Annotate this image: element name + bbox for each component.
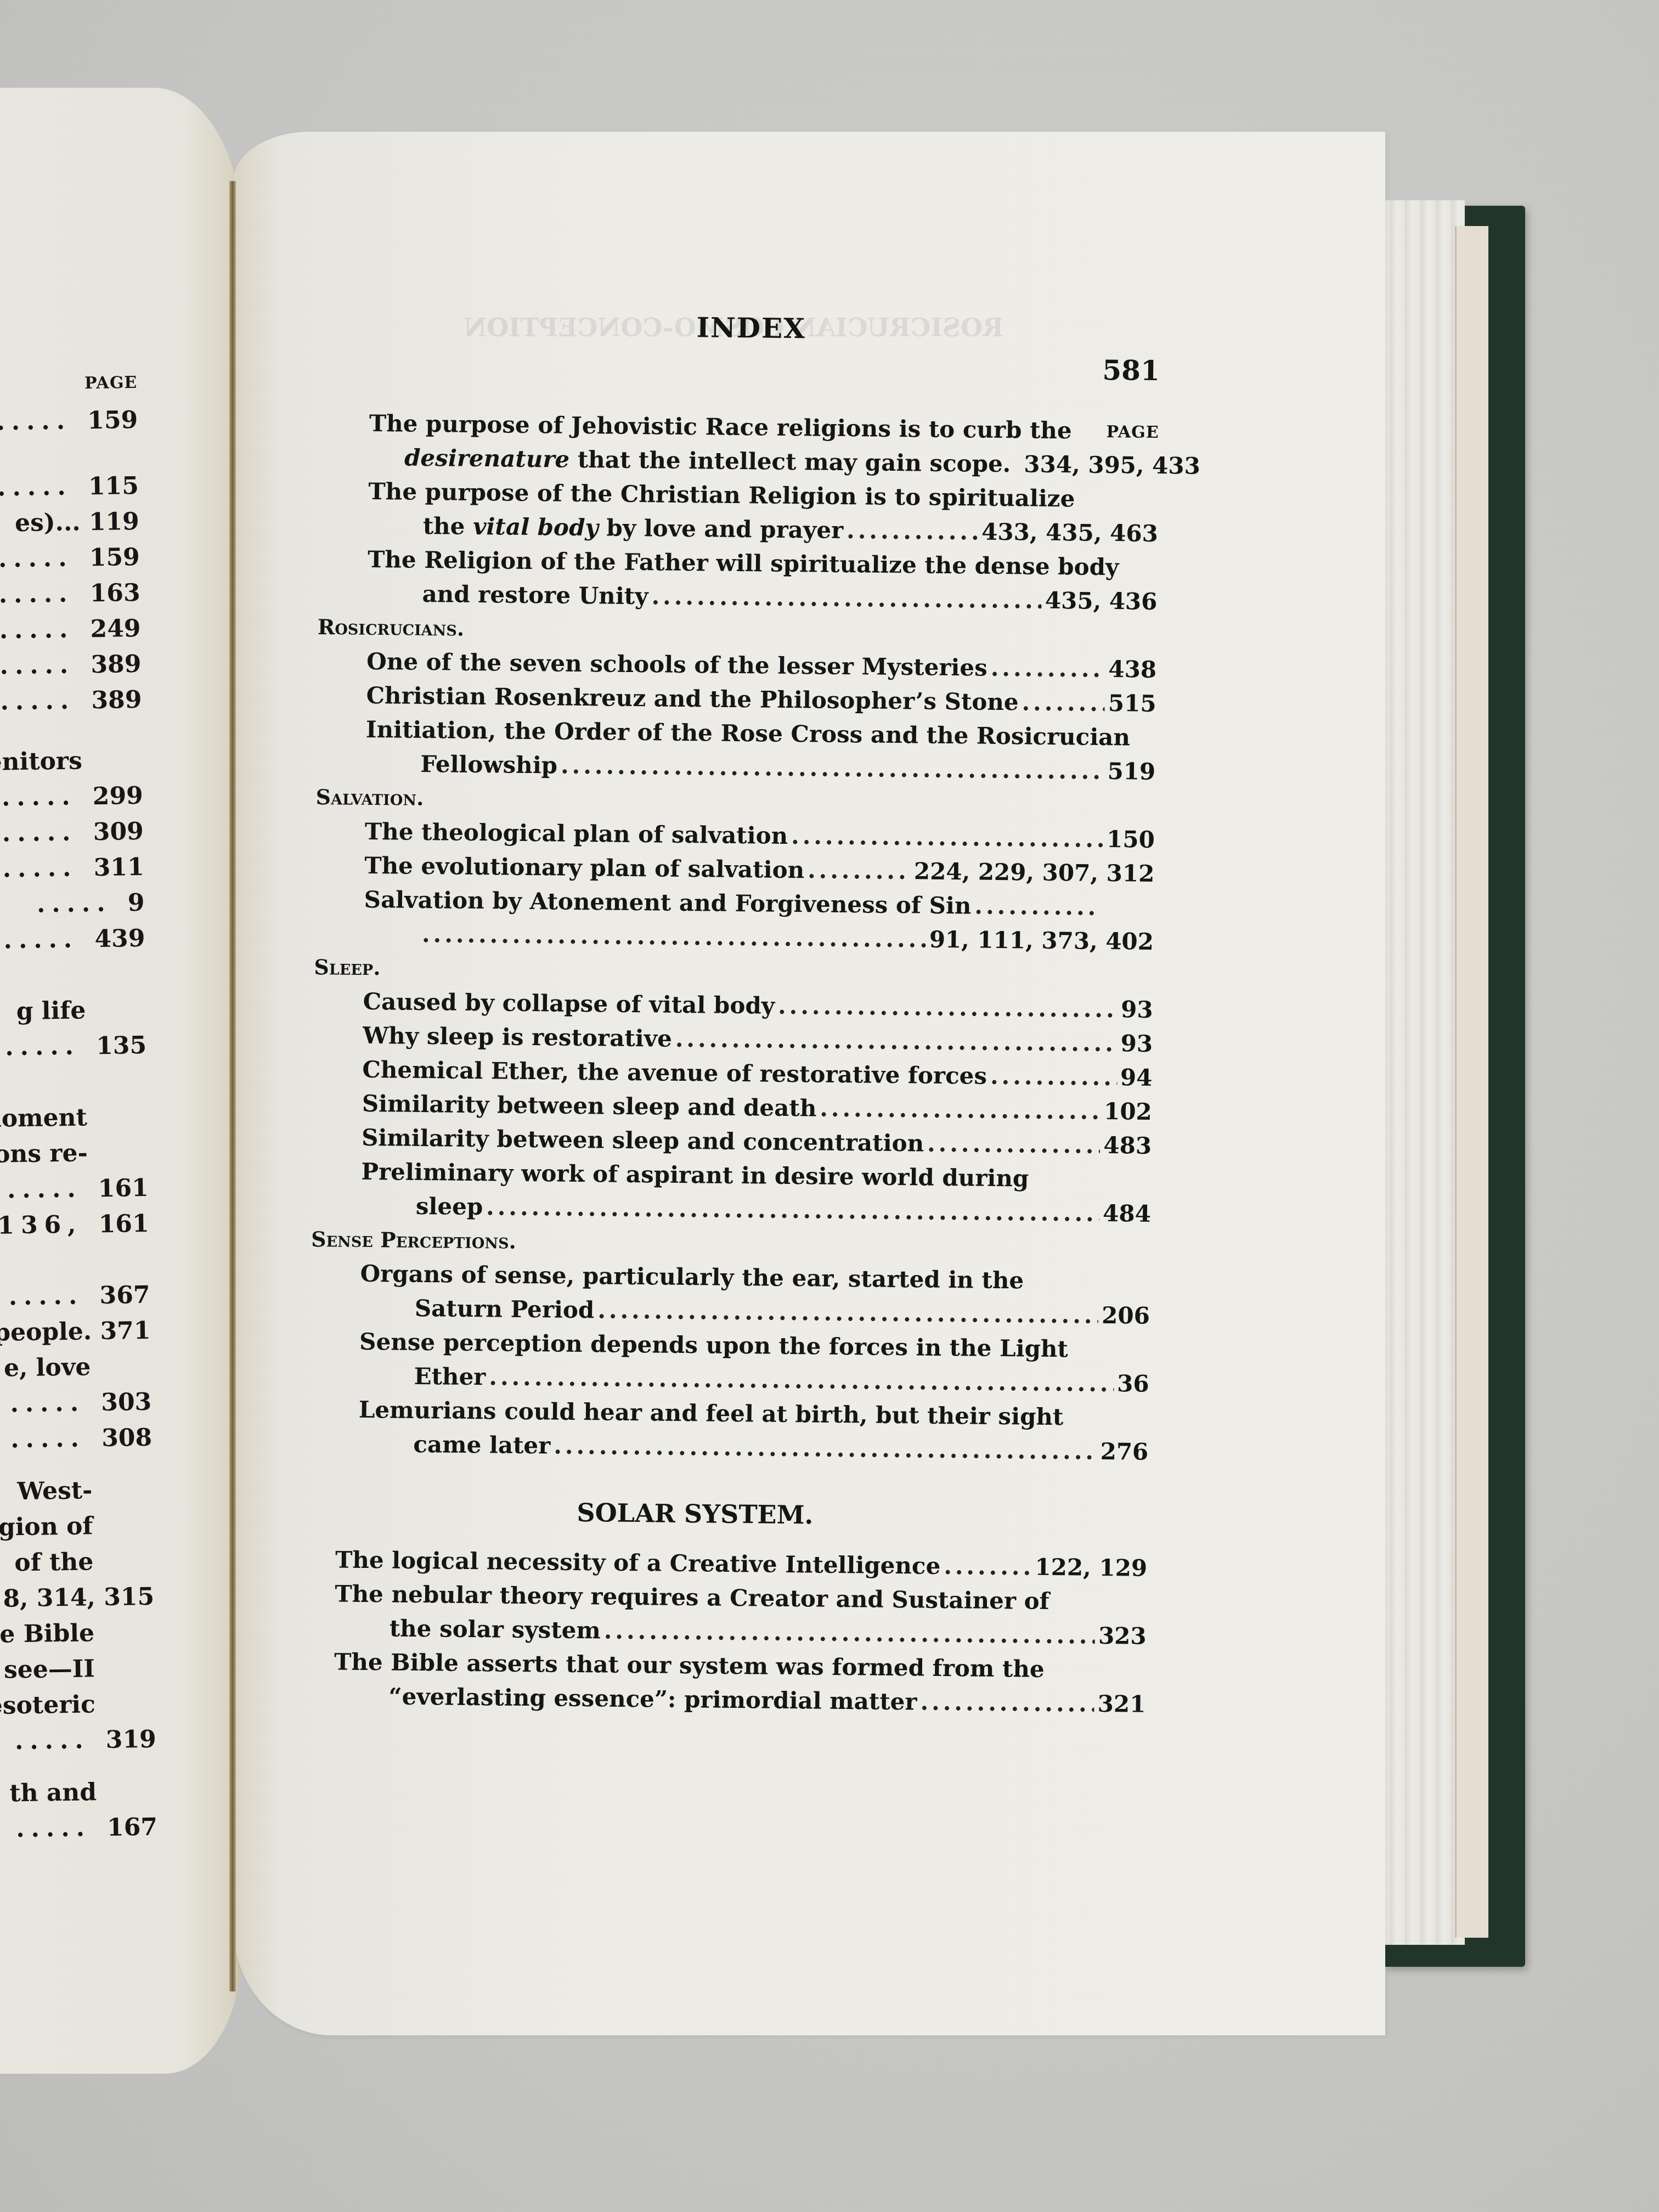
fragment-pages: 319 xyxy=(106,1725,157,1754)
left-index-fragment: e, love xyxy=(4,1353,91,1382)
fragment-text: ..136, xyxy=(0,1211,83,1240)
left-index-fragment: ..... 159 xyxy=(0,543,140,573)
left-index-fragment: ..... 9 xyxy=(37,889,145,918)
leader-dots: ........................................… xyxy=(920,1685,1094,1721)
fragment-text: see—II xyxy=(4,1655,95,1684)
fragment-pages: 119 xyxy=(89,507,140,536)
fragment-text: es)... xyxy=(15,508,81,537)
index-entry: Lemurians could hear and feel at birth, … xyxy=(309,1392,1149,1469)
left-index-fragment: ..... 319 xyxy=(15,1725,156,1756)
leader-dots: ........................................… xyxy=(944,1549,1032,1584)
index-entry: Salvation by Atonement and Forgiveness o… xyxy=(314,882,1154,959)
fragment-pages: 161 xyxy=(98,1174,149,1203)
entry-pages: 435, 436 xyxy=(1045,584,1158,619)
entry-pages: 206 xyxy=(1102,1299,1150,1333)
fragment-pages: 299 xyxy=(93,782,144,810)
left-index-fragment: noment xyxy=(0,1103,87,1133)
left-index-fragment: ..... 299 xyxy=(2,782,143,812)
entry-pages: 36 xyxy=(1117,1367,1149,1401)
fragment-text: e, love xyxy=(4,1353,91,1382)
fragment-text: ..... xyxy=(0,687,75,716)
fragment-pages: 303 xyxy=(101,1388,152,1417)
fragment-text: g life xyxy=(16,996,86,1025)
fragment-text: ons re- xyxy=(0,1139,88,1168)
entry-text: desirenature that the intellect may gain… xyxy=(404,441,1011,482)
entry-text: Similarity between sleep and death xyxy=(362,1087,816,1126)
fragment-text: ..... xyxy=(2,783,77,812)
entry-text: The evolutionary plan of salvation xyxy=(364,849,804,887)
fragment-pages: 367 xyxy=(99,1281,150,1310)
fragment-text: ..... xyxy=(10,1425,86,1454)
left-index-fragment: ..... 161 xyxy=(7,1174,149,1204)
index-entries: The purpose of Jehovistic Race religions… xyxy=(306,406,1159,1722)
leader-dots: ........................................… xyxy=(791,819,1104,856)
entry-pages: 93 xyxy=(1120,1026,1153,1061)
entry-pages: 122, 129 xyxy=(1035,1550,1147,1585)
index-entry: The purpose of Jehovistic Race religions… xyxy=(319,406,1159,483)
leader-dots: ........................................… xyxy=(597,1293,1099,1333)
page-column-label: PAGE xyxy=(84,373,138,393)
fragment-pages: 161 xyxy=(98,1210,149,1238)
leader-dots: ........................................… xyxy=(561,749,1104,788)
entry-text: sleep xyxy=(416,1189,483,1224)
left-index-fragment: ons re- xyxy=(0,1139,88,1168)
fragment-text: ..... xyxy=(3,926,78,955)
entry-text: and restore Unity xyxy=(422,577,648,613)
entry-text: Similarity between sleep and concentrati… xyxy=(362,1121,924,1161)
entry-text: Why sleep is restorative xyxy=(363,1019,672,1056)
index-entry: Preliminary work of aspirant in desire w… xyxy=(312,1154,1152,1231)
fragment-text: gion of xyxy=(0,1512,93,1541)
left-index-fragment: e Bible xyxy=(0,1619,94,1648)
fragment-pages: 439 xyxy=(94,924,145,953)
entry-text: came later xyxy=(413,1427,551,1463)
left-index-fragment: ..... 167 xyxy=(16,1813,157,1843)
italic-term: vital body xyxy=(473,513,599,541)
fragment-text: ..... xyxy=(2,819,77,848)
fragment-text: ..... xyxy=(0,616,75,645)
left-index-fragment: ..... 303 xyxy=(10,1388,151,1418)
index-entry: The nebular theory requires a Creator an… xyxy=(307,1577,1147,1654)
fragment-text: West- xyxy=(17,1476,93,1505)
leader-dots: ........................................… xyxy=(778,989,1118,1026)
left-index-fragment: g life xyxy=(16,996,86,1025)
fragment-pages: 308 xyxy=(101,1424,153,1452)
fragment-pages: 115 xyxy=(88,472,139,500)
left-index-fragment: enitors xyxy=(0,747,82,776)
left-index-fragment: 8, 314, 315 xyxy=(3,1583,154,1613)
running-head: INDEX xyxy=(696,311,806,345)
left-index-fragment: people. 371 xyxy=(0,1317,151,1347)
leader-dots: ........................................… xyxy=(486,1190,1099,1231)
entry-pages: 93 xyxy=(1121,992,1153,1027)
entry-pages: 484 xyxy=(1103,1197,1151,1231)
entry-pages: 323 xyxy=(1098,1619,1147,1654)
entry-pages: 224, 229, 307, 312 xyxy=(914,854,1155,891)
leader-dots: ........................................… xyxy=(422,917,926,957)
fragment-text: ..... xyxy=(37,889,112,918)
fragment-text: ..... xyxy=(0,544,74,573)
entry-pages: 102 xyxy=(1104,1094,1152,1129)
left-index-fragment: ..... 159 xyxy=(0,406,138,436)
leader-dots: ........................................… xyxy=(847,513,979,549)
entry-pages: 94 xyxy=(1120,1060,1153,1095)
left-index-fragment: West- xyxy=(17,1476,93,1505)
fragment-pages: 315 xyxy=(104,1583,155,1611)
fragment-pages: 163 xyxy=(89,579,140,607)
book-gutter xyxy=(229,181,236,1991)
entry-text: The theological plan of salvation xyxy=(365,815,788,853)
left-index-fragment: ..... 135 xyxy=(5,1031,146,1062)
fragment-pages: 371 xyxy=(100,1317,151,1345)
index-entry: Organs of sense, particularly the ear, s… xyxy=(311,1256,1150,1333)
index-entry: The Religion of the Father will spiritua… xyxy=(318,542,1158,619)
entry-text: the solar system xyxy=(389,1611,601,1647)
left-index-fragment: ..... 311 xyxy=(2,853,144,883)
fragment-pages: 249 xyxy=(90,614,141,643)
fragment-pages: 159 xyxy=(87,406,138,435)
entry-text: Salvation by Atonement and Forgiveness o… xyxy=(364,883,971,923)
fragment-text: ..... xyxy=(16,1814,91,1843)
fragment-text: e Bible xyxy=(0,1619,94,1648)
entry-text: Fellowship xyxy=(420,747,557,783)
fragment-text: esoteric xyxy=(0,1690,95,1720)
left-index-fragment: of the xyxy=(14,1548,94,1577)
left-index-fragment: esoteric xyxy=(0,1690,95,1720)
entry-text-cont: by love and prayer xyxy=(599,514,844,544)
entry-text: Saturn Period xyxy=(415,1291,595,1327)
entry-pages: 433, 435, 463 xyxy=(981,515,1158,551)
page-number: 581 xyxy=(1102,354,1160,387)
entry-pages: 276 xyxy=(1100,1435,1148,1469)
fragment-text: ..... xyxy=(0,473,72,502)
italic-term: desirenature xyxy=(404,444,570,473)
fragment-pages: 311 xyxy=(93,853,144,882)
entry-pages: 515 xyxy=(1108,686,1156,721)
endpaper-edge xyxy=(1455,226,1488,1938)
left-index-fragment: ..... 163 xyxy=(0,579,140,609)
fragment-text: ..... xyxy=(15,1726,90,1755)
entry-text: One of the seven schools of the lesser M… xyxy=(366,645,988,685)
entry-text-prefix: the xyxy=(423,512,473,540)
index-entry: Initiation, the Order of the Rose Cross … xyxy=(316,712,1156,789)
entry-pages: 334, 395, 433 xyxy=(1024,447,1200,483)
leader-dots: ........................................… xyxy=(927,1127,1101,1163)
entry-pages: 321 xyxy=(1097,1687,1145,1722)
entry-text: Caused by collapse of vital body xyxy=(363,985,775,1023)
left-index-fragment: th and xyxy=(9,1778,97,1807)
fragment-pages: 167 xyxy=(107,1813,158,1842)
fragment-pages: 389 xyxy=(91,686,142,714)
entry-text-cont: that the intellect may gain scope. xyxy=(578,446,1011,477)
fragment-text: ..... xyxy=(0,407,71,436)
entry-text: “everlasting essence”: primordial matter xyxy=(388,1679,917,1719)
index-entry: The purpose of the Christian Religion is… xyxy=(319,474,1159,551)
fragment-pages: 309 xyxy=(93,817,144,846)
index-entry: The Bible asserts that our system was fo… xyxy=(306,1645,1146,1722)
fragment-pages: 135 xyxy=(96,1031,147,1060)
fragment-text: ..... xyxy=(0,580,74,609)
fragment-text: noment xyxy=(0,1103,87,1133)
left-index-fragment: ..... 389 xyxy=(0,686,142,716)
entry-pages: 519 xyxy=(1107,754,1155,789)
left-index-fragment: es)... 119 xyxy=(15,507,139,537)
left-index-fragment: gion of xyxy=(0,1512,93,1541)
fragment-text: th and xyxy=(9,1778,97,1807)
fragment-text: ..... xyxy=(5,1032,80,1062)
fragment-text: ..... xyxy=(10,1389,85,1418)
left-index-fragment: see—II xyxy=(4,1655,95,1684)
fragment-text: enitors xyxy=(0,747,82,776)
leader-dots: ........................................… xyxy=(554,1429,1097,1469)
leader-dots: ........................................… xyxy=(974,889,1096,924)
entry-pages: 483 xyxy=(1103,1128,1152,1163)
left-index-fragment: ..... 308 xyxy=(10,1424,152,1454)
leader-dots: ........................................… xyxy=(820,1092,1101,1128)
leader-dots: ........................................… xyxy=(1022,685,1105,720)
leader-dots: ........................................… xyxy=(991,651,1105,686)
fragment-text: 8, 314, xyxy=(3,1583,95,1612)
fragment-pages: 9 xyxy=(128,889,145,917)
fragment-pages: 389 xyxy=(91,650,142,679)
fragment-text: people. xyxy=(0,1317,92,1346)
left-index-fragment: ..... 309 xyxy=(2,817,144,848)
entry-text: the vital body by love and prayer xyxy=(423,509,844,548)
left-index-fragment: ..136, 161 xyxy=(0,1210,149,1240)
left-index-fragment: ..... 115 xyxy=(0,472,139,502)
left-index-fragment: ..... 249 xyxy=(0,614,141,645)
leader-dots: ........................................… xyxy=(808,853,911,888)
section-title-solar-system: SOLAR SYSTEM. xyxy=(308,1482,1148,1546)
index-entry: Sense perception depends upon the forces… xyxy=(309,1324,1149,1401)
fragment-text: ..... xyxy=(7,1175,82,1204)
leader-dots: ........................................… xyxy=(990,1059,1117,1094)
entry-pages: 150 xyxy=(1107,822,1155,857)
leader-dots: ........................................… xyxy=(675,1022,1117,1060)
fragment-pages: 159 xyxy=(89,543,140,572)
entry-text: The logical necessity of a Creative Inte… xyxy=(335,1543,941,1583)
entry-pages: 91, 111, 373, 402 xyxy=(929,923,1154,959)
left-index-fragment: ..... 367 xyxy=(8,1281,150,1311)
fragment-text: ..... xyxy=(8,1282,83,1311)
leader-dots: ........................................… xyxy=(604,1614,1096,1653)
fragment-text: ..... xyxy=(2,854,77,883)
fragment-text: of the xyxy=(14,1548,94,1577)
left-index-fragment: ..... 439 xyxy=(3,924,145,955)
leader-dots: ........................................… xyxy=(651,579,1042,617)
entry-text: Ether xyxy=(414,1359,486,1394)
entry-pages: 438 xyxy=(1108,652,1156,687)
fragment-text: ..... xyxy=(0,651,75,680)
left-index-fragment: ..... 389 xyxy=(0,650,142,680)
